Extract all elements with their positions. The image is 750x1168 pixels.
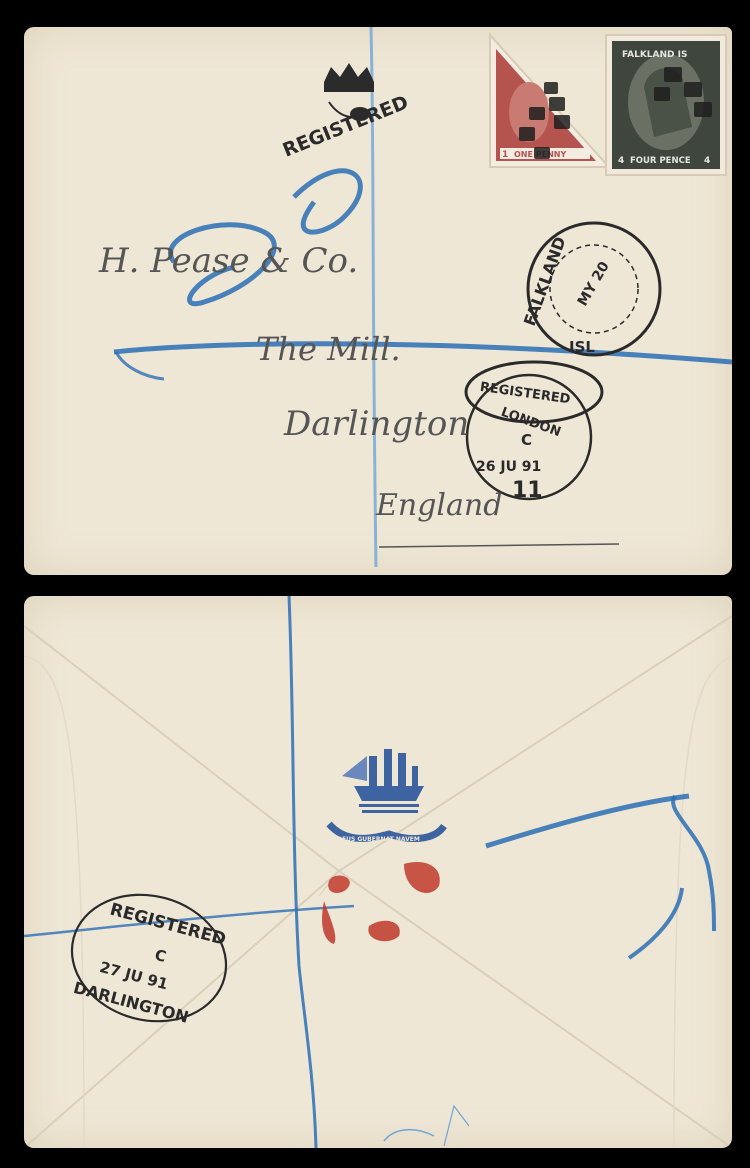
address-line-2: The Mill. — [256, 330, 401, 368]
svg-text:1: 1 — [502, 150, 508, 160]
svg-text:C: C — [521, 431, 532, 449]
address-line-3: Darlington — [283, 404, 469, 444]
postmark-registered-london: REGISTERED LONDON C 26 JU 91 11 — [466, 362, 602, 503]
svg-text:ISL: ISL — [569, 338, 595, 356]
postmark-darlington: REGISTERED C 27 JU 91 DARLINGTON — [58, 878, 241, 1038]
registered-handstamp: REGISTERED — [280, 91, 412, 161]
svg-text:FALKLAND IS: FALKLAND IS — [622, 50, 687, 60]
wax-seal — [322, 862, 440, 944]
svg-text:MY 20: MY 20 — [575, 259, 613, 309]
address-line-4: England — [375, 488, 502, 523]
svg-text:C: C — [153, 946, 168, 966]
envelope-back: DEUS GUBERNAT NAVEM REGISTERED C 27 JU 9… — [24, 596, 732, 1148]
envelope-front: REGISTERED 1 ONE PENNY FALKLAND IS FOUR … — [24, 27, 732, 575]
ship-crest-icon: DEUS GUBERNAT NAVEM — [329, 749, 444, 843]
svg-text:4: 4 — [618, 156, 624, 166]
svg-text:DARLINGTON: DARLINGTON — [71, 978, 190, 1027]
svg-text:REGISTERED: REGISTERED — [479, 380, 572, 408]
address-line-1: H. Pease & Co. — [98, 241, 358, 281]
svg-text:DEUS GUBERNAT NAVEM: DEUS GUBERNAT NAVEM — [337, 836, 420, 843]
svg-text:FOUR PENCE: FOUR PENCE — [630, 156, 691, 166]
svg-text:11: 11 — [512, 478, 543, 503]
svg-text:4: 4 — [704, 156, 710, 166]
postmark-falkland: FALKLAND ISL MY 20 — [520, 223, 660, 356]
svg-text:26 JU 91: 26 JU 91 — [476, 459, 541, 475]
